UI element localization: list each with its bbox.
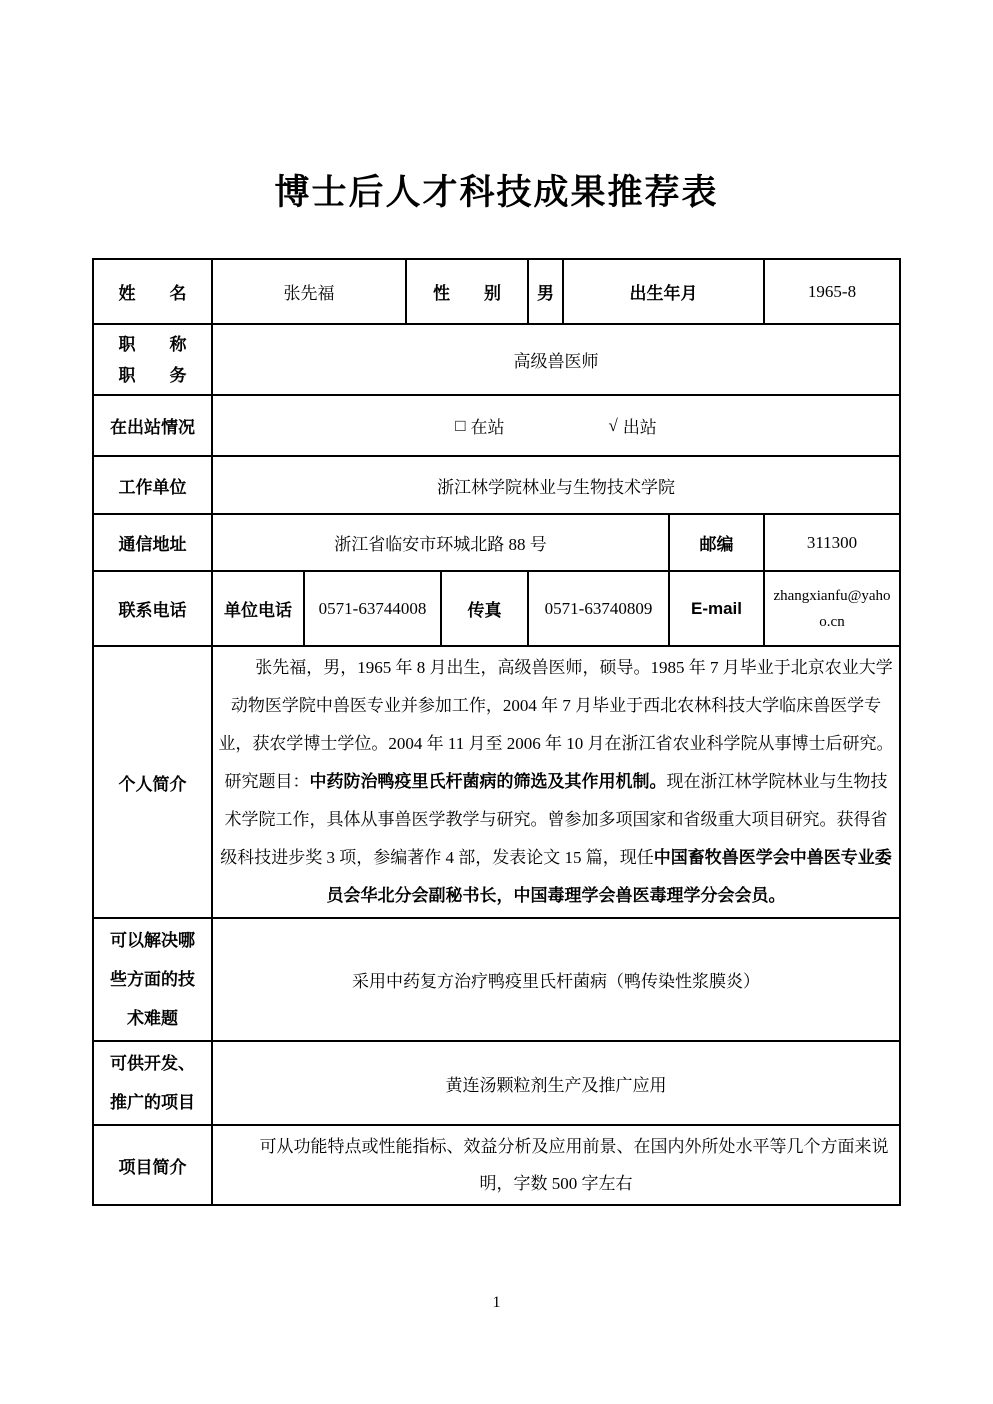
tech-problems-label: 可以解决哪 些方面的技 术难题 bbox=[93, 918, 212, 1041]
email-label: E-mail bbox=[669, 571, 764, 646]
tech-problems-label-line3: 术难题 bbox=[98, 999, 207, 1038]
row-projects: 可供开发、 推广的项目 黄连汤颗粒剂生产及推广应用 bbox=[93, 1041, 900, 1125]
title-position-value: 高级兽医师 bbox=[212, 324, 900, 395]
title-position-label-line2: 职 务 bbox=[98, 360, 207, 391]
project-intro-value: 可从功能特点或性能指标、效益分析及应用前景、在国内外所处水平等几个方面来说明，字… bbox=[212, 1125, 900, 1205]
in-station-option[interactable]: □ 在站 bbox=[455, 413, 504, 438]
projects-label-line1: 可供开发、 bbox=[98, 1044, 207, 1083]
name-label: 姓 名 bbox=[93, 259, 212, 324]
email-value: zhangxianfu@yahoo.cn bbox=[764, 571, 900, 646]
title-position-label: 职 称 职 务 bbox=[93, 324, 212, 395]
row-title-position: 职 称 职 务 高级兽医师 bbox=[93, 324, 900, 395]
gender-value: 男 bbox=[528, 259, 563, 324]
projects-label: 可供开发、 推广的项目 bbox=[93, 1041, 212, 1125]
project-intro-text: 可从功能特点或性能指标、效益分析及应用前景、在国内外所处水平等几个方面来说明，字… bbox=[217, 1128, 895, 1202]
row-contact: 联系电话 单位电话 0571-63744008 传真 0571-63740809… bbox=[93, 571, 900, 646]
out-station-option[interactable]: √ 出站 bbox=[608, 413, 656, 438]
postcode-value: 311300 bbox=[764, 514, 900, 571]
projects-value: 黄连汤颗粒剂生产及推广应用 bbox=[212, 1041, 900, 1125]
tech-problems-label-line2: 些方面的技 bbox=[98, 960, 207, 999]
fax-label: 传真 bbox=[441, 571, 528, 646]
projects-label-line2: 推广的项目 bbox=[98, 1083, 207, 1122]
contact-label: 联系电话 bbox=[93, 571, 212, 646]
in-station-option-label: 在站 bbox=[470, 413, 504, 438]
birthdate-label: 出生年月 bbox=[563, 259, 764, 324]
tech-problems-value: 采用中药复方治疗鸭疫里氏杆菌病（鸭传染性浆膜炎） bbox=[212, 918, 900, 1041]
birthdate-value: 1965-8 bbox=[764, 259, 900, 324]
office-phone-value: 0571-63744008 bbox=[304, 571, 441, 646]
work-unit-label: 工作单位 bbox=[93, 456, 212, 514]
row-station-status: 在出站情况 □ 在站 √ 出站 bbox=[93, 395, 900, 456]
page-number: 1 bbox=[0, 1294, 993, 1312]
tech-problems-label-line1: 可以解决哪 bbox=[98, 921, 207, 960]
address-value: 浙江省临安市环城北路 88 号 bbox=[212, 514, 669, 571]
fax-value: 0571-63740809 bbox=[528, 571, 669, 646]
office-phone-label: 单位电话 bbox=[212, 571, 304, 646]
recommendation-table: 姓 名 张先福 性 别 男 出生年月 1965-8 职 称 职 务 高级兽医师 … bbox=[92, 258, 901, 1206]
profile-label: 个人简介 bbox=[93, 646, 212, 918]
title-position-label-line1: 职 称 bbox=[98, 329, 207, 360]
gender-label: 性 别 bbox=[406, 259, 528, 324]
station-status-label: 在出站情况 bbox=[93, 395, 212, 456]
station-status-line: □ 在站 √ 出站 bbox=[217, 413, 895, 438]
document-page: 博士后人才科技成果推荐表 姓 名 张先福 性 别 男 出生年月 1965-8 职… bbox=[0, 0, 993, 1404]
address-label: 通信地址 bbox=[93, 514, 212, 571]
checkbox-unchecked-icon[interactable]: □ bbox=[455, 416, 465, 436]
profile-paragraph: 张先福，男，1965 年 8 月出生，高级兽医师，硕导。1985 年 7 月毕业… bbox=[217, 649, 895, 915]
profile-value: 张先福，男，1965 年 8 月出生，高级兽医师，硕导。1985 年 7 月毕业… bbox=[212, 646, 900, 918]
work-unit-value: 浙江林学院林业与生物技术学院 bbox=[212, 456, 900, 514]
checkmark-icon[interactable]: √ bbox=[608, 416, 617, 436]
name-value: 张先福 bbox=[212, 259, 406, 324]
row-tech-problems: 可以解决哪 些方面的技 术难题 采用中药复方治疗鸭疫里氏杆菌病（鸭传染性浆膜炎） bbox=[93, 918, 900, 1041]
postcode-label: 邮编 bbox=[669, 514, 764, 571]
row-project-intro: 项目简介 可从功能特点或性能指标、效益分析及应用前景、在国内外所处水平等几个方面… bbox=[93, 1125, 900, 1205]
row-address: 通信地址 浙江省临安市环城北路 88 号 邮编 311300 bbox=[93, 514, 900, 571]
out-station-option-label: 出站 bbox=[623, 413, 657, 438]
profile-seg-2: 中药防治鸭疫里氏杆菌病的筛选及其作用机制。 bbox=[310, 772, 667, 791]
page-title: 博士后人才科技成果推荐表 bbox=[0, 165, 993, 215]
station-status-options: □ 在站 √ 出站 bbox=[212, 395, 900, 456]
row-profile: 个人简介 张先福，男，1965 年 8 月出生，高级兽医师，硕导。1985 年 … bbox=[93, 646, 900, 918]
row-work-unit: 工作单位 浙江林学院林业与生物技术学院 bbox=[93, 456, 900, 514]
row-name-gender-birth: 姓 名 张先福 性 别 男 出生年月 1965-8 bbox=[93, 259, 900, 324]
project-intro-label: 项目简介 bbox=[93, 1125, 212, 1205]
